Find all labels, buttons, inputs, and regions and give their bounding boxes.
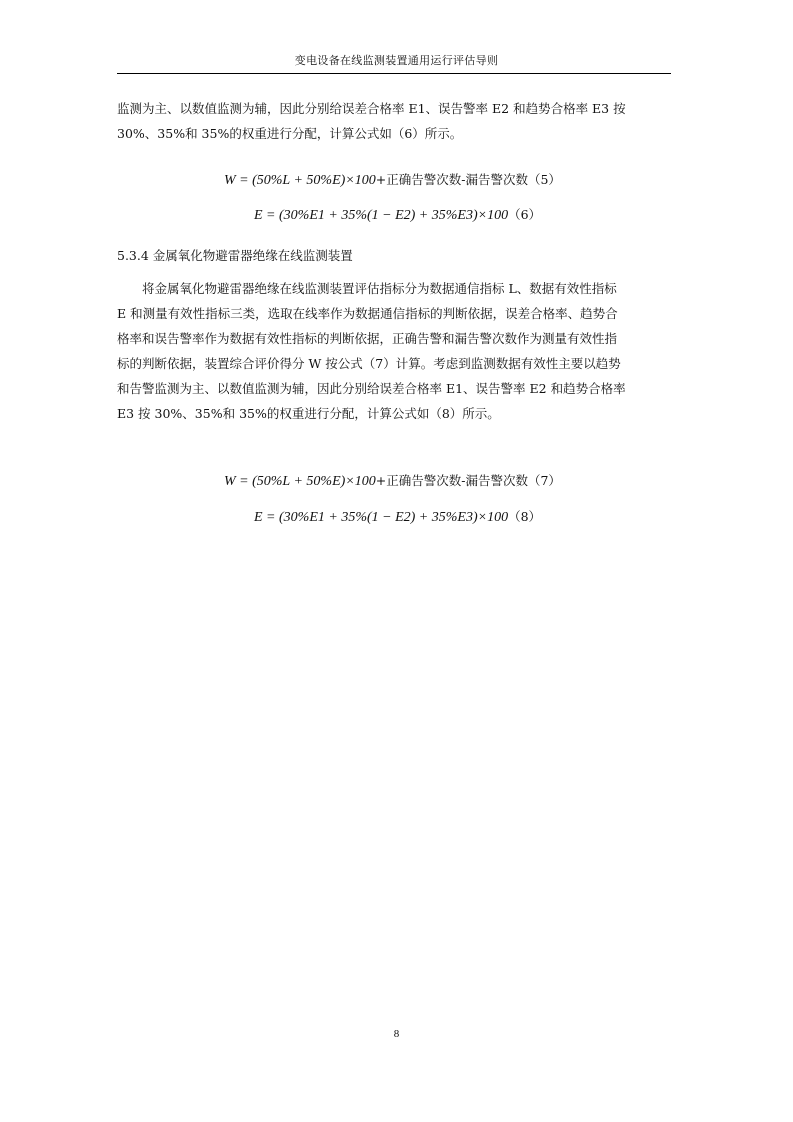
page-number: 8 (0, 1028, 793, 1040)
header-rule (117, 73, 671, 74)
section-heading: 5.3.4 金属氧化物避雷器绝缘在线监测装置 (117, 246, 353, 264)
paragraph-body: 将金属氧化物避雷器绝缘在线监测装置评估指标分为数据通信指标 L、数据有效性指标 … (117, 276, 675, 426)
text-line: E 和测量有效性指标三类，选取在线率作为数据通信指标的判断依据，误差合格率、趋势… (117, 301, 675, 326)
formula-number: （6） (508, 207, 541, 222)
formula-math: E = (30%E1 + 35%(1 − E2) + 35%E3)×100 (254, 208, 508, 223)
formula-6: E = (30%E1 + 35%(1 − E2) + 35%E3)×100（6） (254, 205, 541, 224)
text-line: 监测为主、以数值监测为辅，因此分别给误差合格率 E1、误告警率 E2 和趋势合格… (117, 96, 675, 121)
formula-number: （7） (528, 473, 561, 488)
text-line: 将金属氧化物避雷器绝缘在线监测装置评估指标分为数据通信指标 L、数据有效性指标 (117, 276, 675, 301)
formula-number: （5） (528, 172, 561, 187)
formula-number: （8） (508, 509, 541, 524)
text-line: E3 按 30%、35%和 35%的权重进行分配，计算公式如（8）所示。 (117, 401, 675, 426)
formula-5: W = (50%L + 50%E)×100+正确告警次数-漏告警次数（5） (224, 170, 561, 189)
text-line: 30%、35%和 35%的权重进行分配，计算公式如（6）所示。 (117, 121, 675, 146)
text-line: 和告警监测为主、以数值监测为辅，因此分别给误差合格率 E1、误告警率 E2 和趋… (117, 376, 675, 401)
formula-7: W = (50%L + 50%E)×100+正确告警次数-漏告警次数（7） (224, 471, 561, 490)
page-header-title: 变电设备在线监测装置通用运行评估导则 (0, 52, 793, 68)
formula-text: +正确告警次数-漏告警次数 (376, 172, 528, 187)
formula-8: E = (30%E1 + 35%(1 − E2) + 35%E3)×100（8） (254, 507, 541, 526)
paragraph-continuation: 监测为主、以数值监测为辅，因此分别给误差合格率 E1、误告警率 E2 和趋势合格… (117, 96, 675, 146)
formula-math: W = (50%L + 50%E)×100 (224, 474, 376, 489)
formula-math: W = (50%L + 50%E)×100 (224, 173, 376, 188)
text-line: 格率和误告警率作为数据有效性指标的判断依据，正确告警和漏告警次数作为测量有效性指 (117, 326, 675, 351)
text-line: 标的判断依据，装置综合评价得分 W 按公式（7）计算。考虑到监测数据有效性主要以… (117, 351, 675, 376)
formula-text: +正确告警次数-漏告警次数 (376, 473, 528, 488)
formula-math: E = (30%E1 + 35%(1 − E2) + 35%E3)×100 (254, 510, 508, 525)
